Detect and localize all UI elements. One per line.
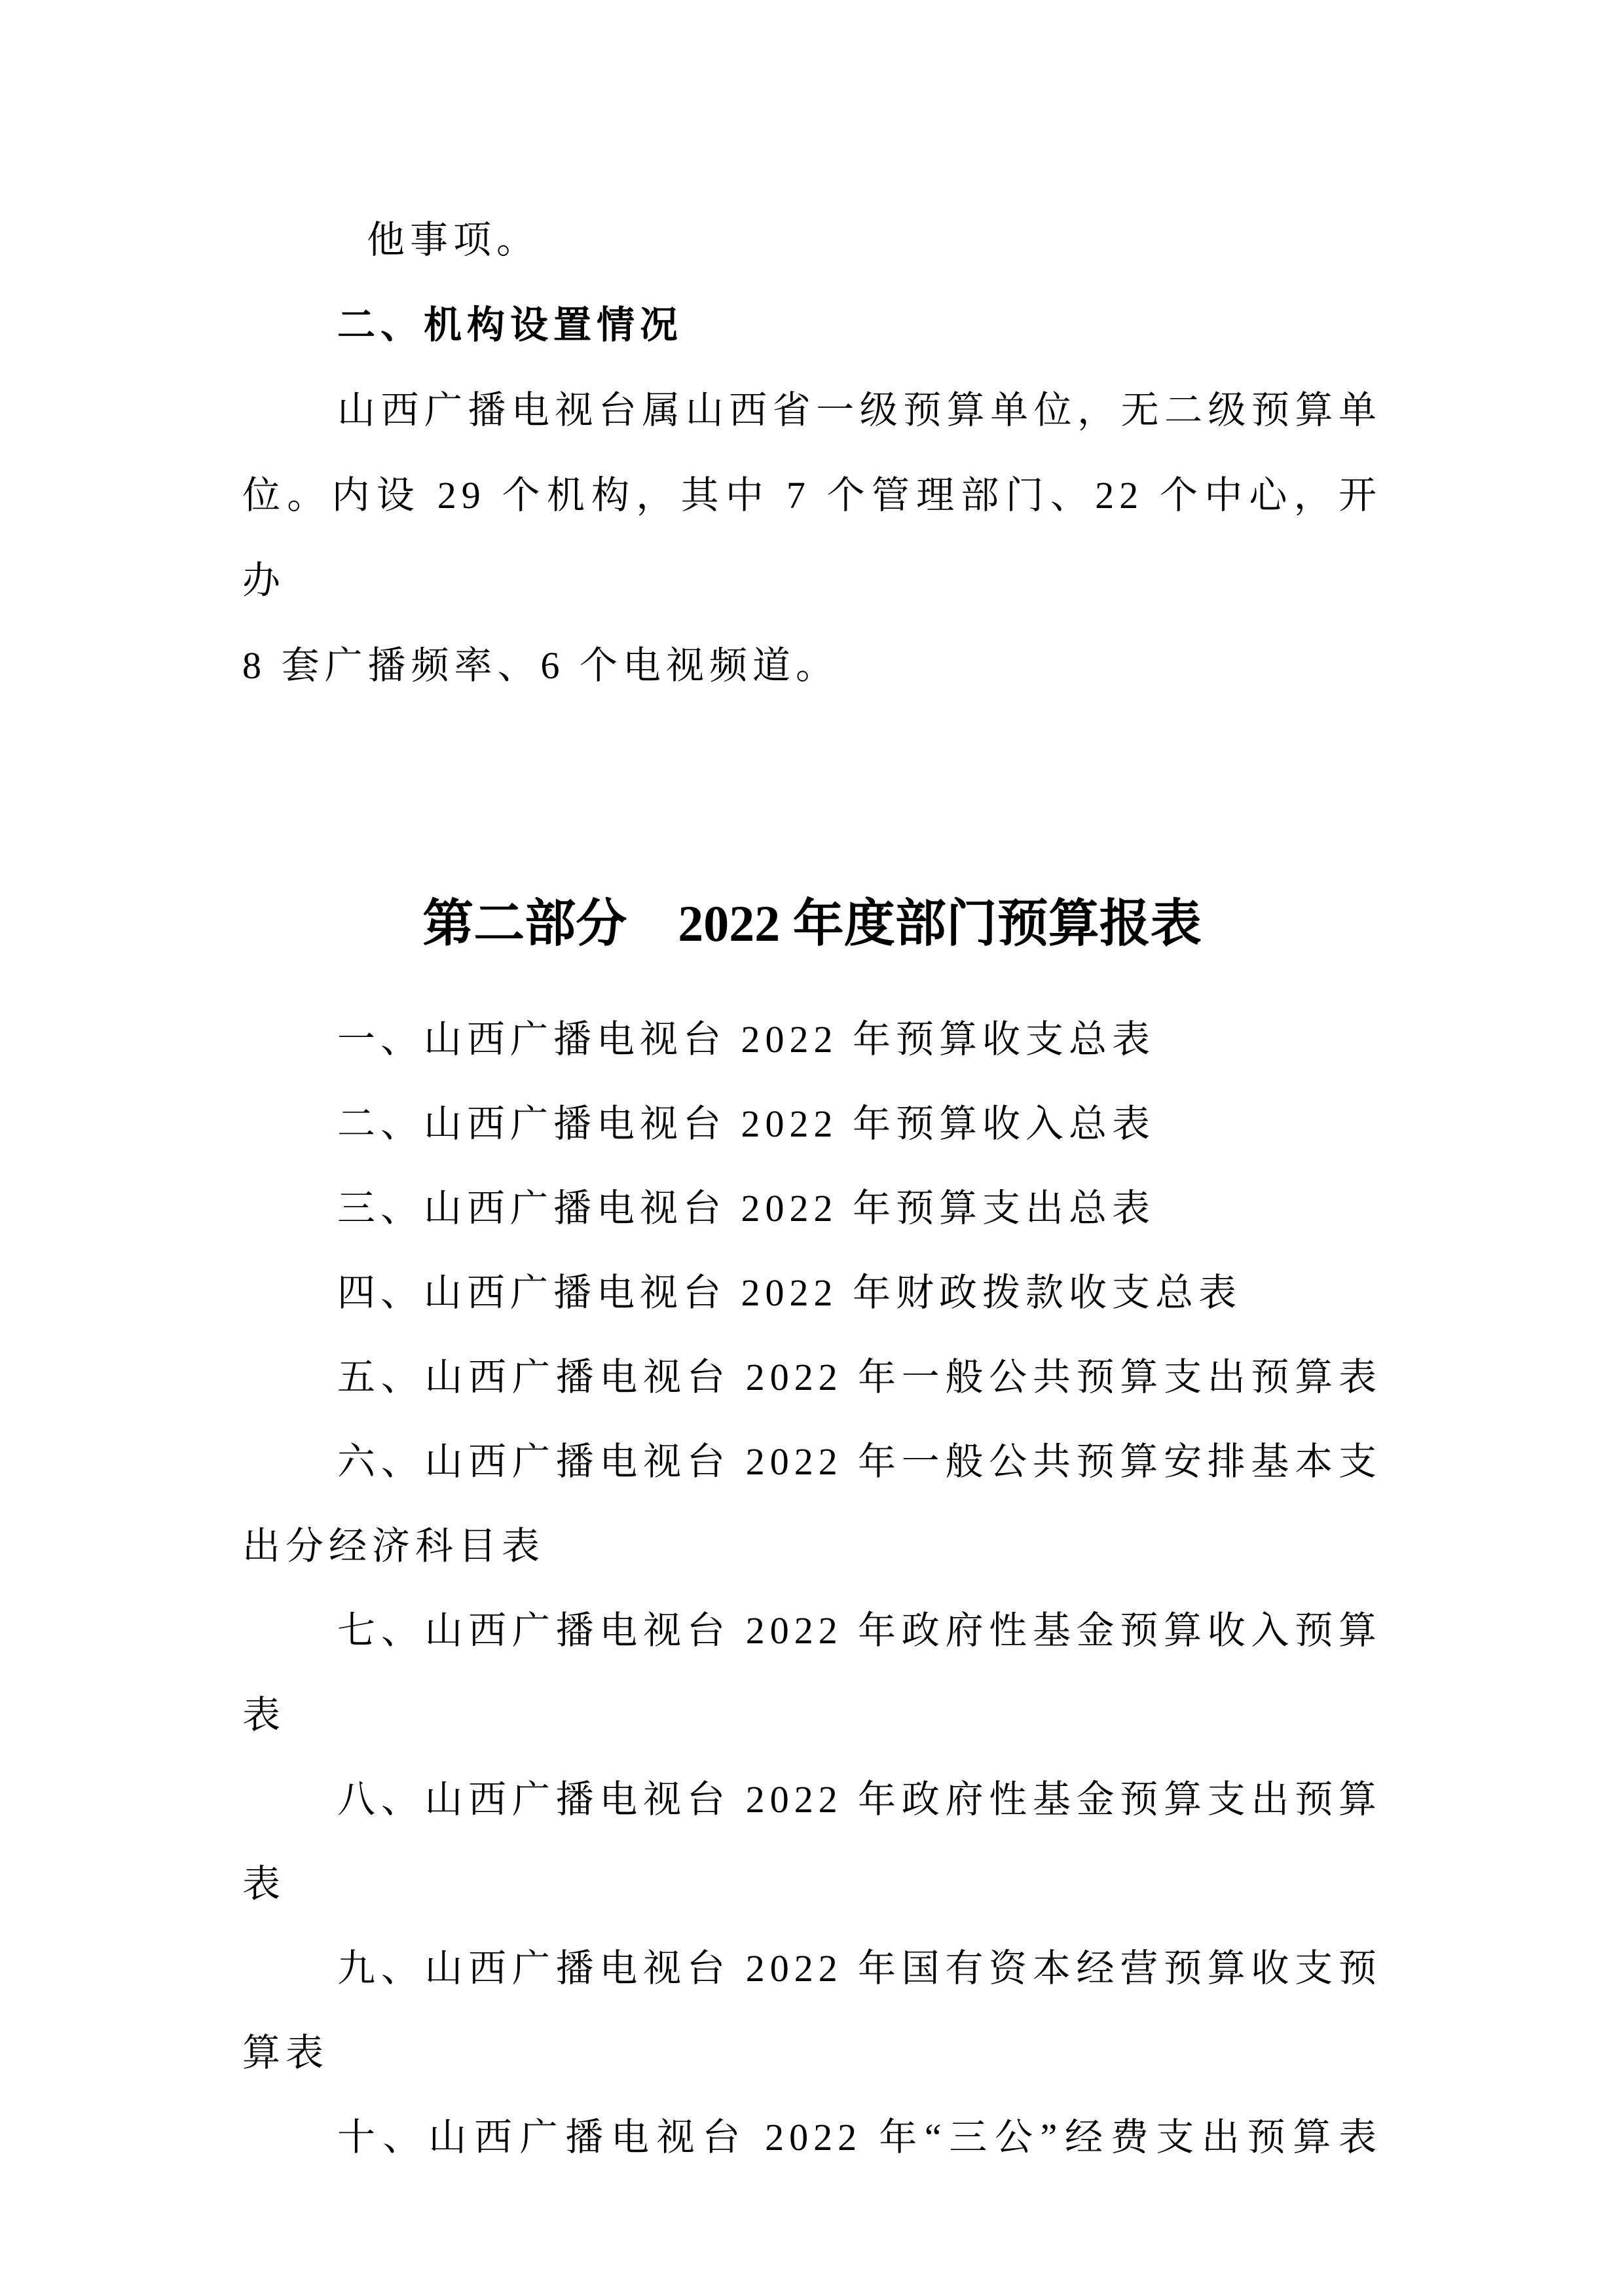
list-line-continuation: 表 <box>242 1842 1382 1926</box>
list-line: 八、山西广播电视台 2022 年政府性基金预算支出预算 <box>242 1757 1382 1842</box>
list-line-continuation: 算表 <box>242 2011 1382 2095</box>
list-line: 二、山西广播电视台 2022 年预算收入总表 <box>242 1082 1382 1166</box>
section-heading: 二、机构设置情况 <box>242 283 1382 368</box>
list-line: 六、山西广播电视台 2022 年一般公共预算安排基本支 <box>242 1419 1382 1504</box>
list-line-continuation: 出分经济科目表 <box>242 1504 1382 1588</box>
list-line: 十、山西广播电视台 2022 年“三公”经费支出预算表 <box>242 2095 1382 2179</box>
list-line-continuation: 表 <box>242 1673 1382 1757</box>
list-line: 四、山西广播电视台 2022 年财政拨款收支总表 <box>242 1250 1382 1335</box>
document-content: 他事项。 二、机构设置情况 山西广播电视台属山西省一级预算单位，无二级预算单 位… <box>242 0 1382 2179</box>
report-table-list: 一、山西广播电视台 2022 年预算收支总表 二、山西广播电视台 2022 年预… <box>242 997 1382 2179</box>
list-line: 七、山西广播电视台 2022 年政府性基金预算收入预算 <box>242 1588 1382 1673</box>
intro-section: 他事项。 二、机构设置情况 山西广播电视台属山西省一级预算单位，无二级预算单 位… <box>242 0 1382 708</box>
org-paragraph-line: 山西广播电视台属山西省一级预算单位，无二级预算单 <box>242 368 1382 453</box>
org-paragraph-line: 位。内设 29 个机构，其中 7 个管理部门、22 个中心，开办 <box>242 453 1382 623</box>
paragraph-tail-line: 他事项。 <box>242 198 1382 283</box>
list-line: 三、山西广播电视台 2022 年预算支出总表 <box>242 1166 1382 1250</box>
document-page: 他事项。 二、机构设置情况 山西广播电视台属山西省一级预算单位，无二级预算单 位… <box>0 0 1624 2296</box>
part2-title: 第二部分 2022 年度部门预算报表 <box>242 881 1382 966</box>
list-line: 五、山西广播电视台 2022 年一般公共预算支出预算表 <box>242 1335 1382 1419</box>
list-line: 九、山西广播电视台 2022 年国有资本经营预算收支预 <box>242 1926 1382 2011</box>
org-paragraph-line: 8 套广播频率、6 个电视频道。 <box>242 623 1382 708</box>
list-line: 一、山西广播电视台 2022 年预算收支总表 <box>242 997 1382 1082</box>
